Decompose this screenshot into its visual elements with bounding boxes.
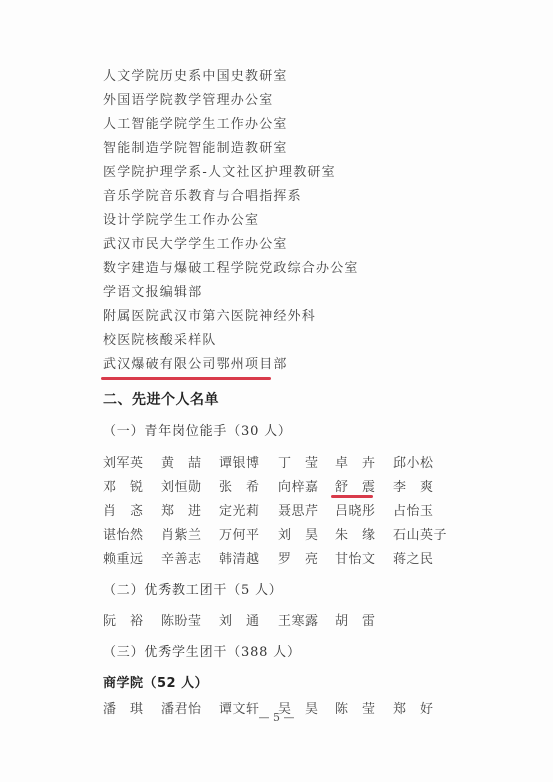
person-name: 朱 缘 bbox=[335, 524, 376, 543]
person-name: 赖重远 bbox=[103, 548, 144, 567]
subsection-heading-staff: （二）优秀教工团干（5 人） bbox=[103, 579, 283, 598]
person-name: 刘 通 bbox=[219, 610, 260, 629]
person-name: 邓 锐 bbox=[103, 476, 144, 495]
red-underline-mark bbox=[331, 495, 373, 498]
unit-item: 附属医院武汉市第六医院神经外科 bbox=[103, 309, 316, 325]
person-name: 石山英子 bbox=[393, 524, 447, 543]
page-number: — 5 — bbox=[0, 711, 553, 724]
person-name: 邱小松 bbox=[393, 452, 434, 471]
school-heading: 商学院（52 人） bbox=[103, 672, 208, 691]
person-name: 万何平 bbox=[219, 524, 260, 543]
unit-item-highlighted: 武汉爆破有限公司鄂州项目部 bbox=[103, 357, 288, 373]
unit-item: 外国语学院教学管理办公室 bbox=[103, 93, 273, 109]
person-name: 向梓嘉 bbox=[278, 476, 319, 495]
person-name: 张 希 bbox=[219, 476, 260, 495]
person-name: 罗 亮 bbox=[278, 548, 319, 567]
person-name-highlighted: 舒 震 bbox=[335, 476, 376, 495]
section-heading: 二、先进个人名单 bbox=[103, 389, 219, 409]
person-name: 刘 昊 bbox=[278, 524, 319, 543]
person-name: 谌怡然 bbox=[103, 524, 144, 543]
person-name: 王寒露 bbox=[278, 610, 319, 629]
person-name: 定光莉 bbox=[219, 500, 260, 519]
red-underline-mark bbox=[101, 377, 271, 380]
unit-item: 音乐学院音乐教育与合唱指挥系 bbox=[103, 189, 302, 205]
person-name: 黄 喆 bbox=[161, 452, 202, 471]
person-name: 阮 裕 bbox=[103, 610, 144, 629]
name-row: 赖重远 辛善志 韩清越 罗 亮 甘怡文 蒋之民 bbox=[103, 548, 463, 566]
person-name: 郑 进 bbox=[161, 500, 202, 519]
person-name: 蒋之民 bbox=[393, 548, 434, 567]
unit-item: 数字建造与爆破工程学院党政综合办公室 bbox=[103, 261, 359, 277]
document-page: 人文学院历史系中国史教研室 外国语学院教学管理办公室 人工智能学院学生工作办公室… bbox=[0, 0, 553, 782]
person-name: 谭银博 bbox=[219, 452, 260, 471]
name-row: 肖 忞 郑 进 定光莉 聂思芹 吕晓彤 占怡玉 bbox=[103, 500, 463, 518]
person-name: 韩清越 bbox=[219, 548, 260, 567]
person-name: 胡 雷 bbox=[335, 610, 376, 629]
unit-item: 设计学院学生工作办公室 bbox=[103, 213, 259, 229]
person-name: 陈盼莹 bbox=[161, 610, 202, 629]
school-count: （52 人） bbox=[144, 676, 209, 691]
name-row: 刘军英 黄 喆 谭银博 丁 莹 卓 卉 邱小松 bbox=[103, 452, 463, 470]
unit-item: 学语文报编辑部 bbox=[103, 285, 202, 301]
name-row: 谌怡然 肖紫兰 万何平 刘 昊 朱 缘 石山英子 bbox=[103, 524, 463, 542]
person-name: 聂思芹 bbox=[278, 500, 319, 519]
subsection-heading-students: （三）优秀学生团干（388 人） bbox=[103, 641, 301, 660]
subsection-heading-youth: （一）青年岗位能手（30 人） bbox=[103, 420, 292, 439]
unit-item: 医学院护理学系-人文社区护理教研室 bbox=[103, 165, 336, 181]
person-name: 丁 莹 bbox=[278, 452, 319, 471]
unit-item: 人工智能学院学生工作办公室 bbox=[103, 117, 288, 133]
school-name: 商学院 bbox=[103, 676, 144, 691]
person-name: 吕晓彤 bbox=[335, 500, 376, 519]
person-name: 辛善志 bbox=[161, 548, 202, 567]
unit-item: 武汉市民大学学生工作办公室 bbox=[103, 237, 288, 253]
person-name: 刘恒勋 bbox=[161, 476, 202, 495]
person-name: 李 爽 bbox=[393, 476, 434, 495]
unit-item: 校医院核酸采样队 bbox=[103, 333, 217, 349]
person-name: 占怡玉 bbox=[393, 500, 434, 519]
unit-item: 智能制造学院智能制造教研室 bbox=[103, 141, 288, 157]
person-name: 卓 卉 bbox=[335, 452, 376, 471]
name-row: 邓 锐 刘恒勋 张 希 向梓嘉 舒 震 李 爽 bbox=[103, 476, 463, 494]
name-row: 阮 裕 陈盼莹 刘 通 王寒露 胡 雷 bbox=[103, 610, 463, 628]
person-name: 肖 忞 bbox=[103, 500, 144, 519]
person-name: 刘军英 bbox=[103, 452, 144, 471]
person-name: 甘怡文 bbox=[335, 548, 376, 567]
unit-item: 人文学院历史系中国史教研室 bbox=[103, 69, 288, 85]
person-name: 肖紫兰 bbox=[161, 524, 202, 543]
